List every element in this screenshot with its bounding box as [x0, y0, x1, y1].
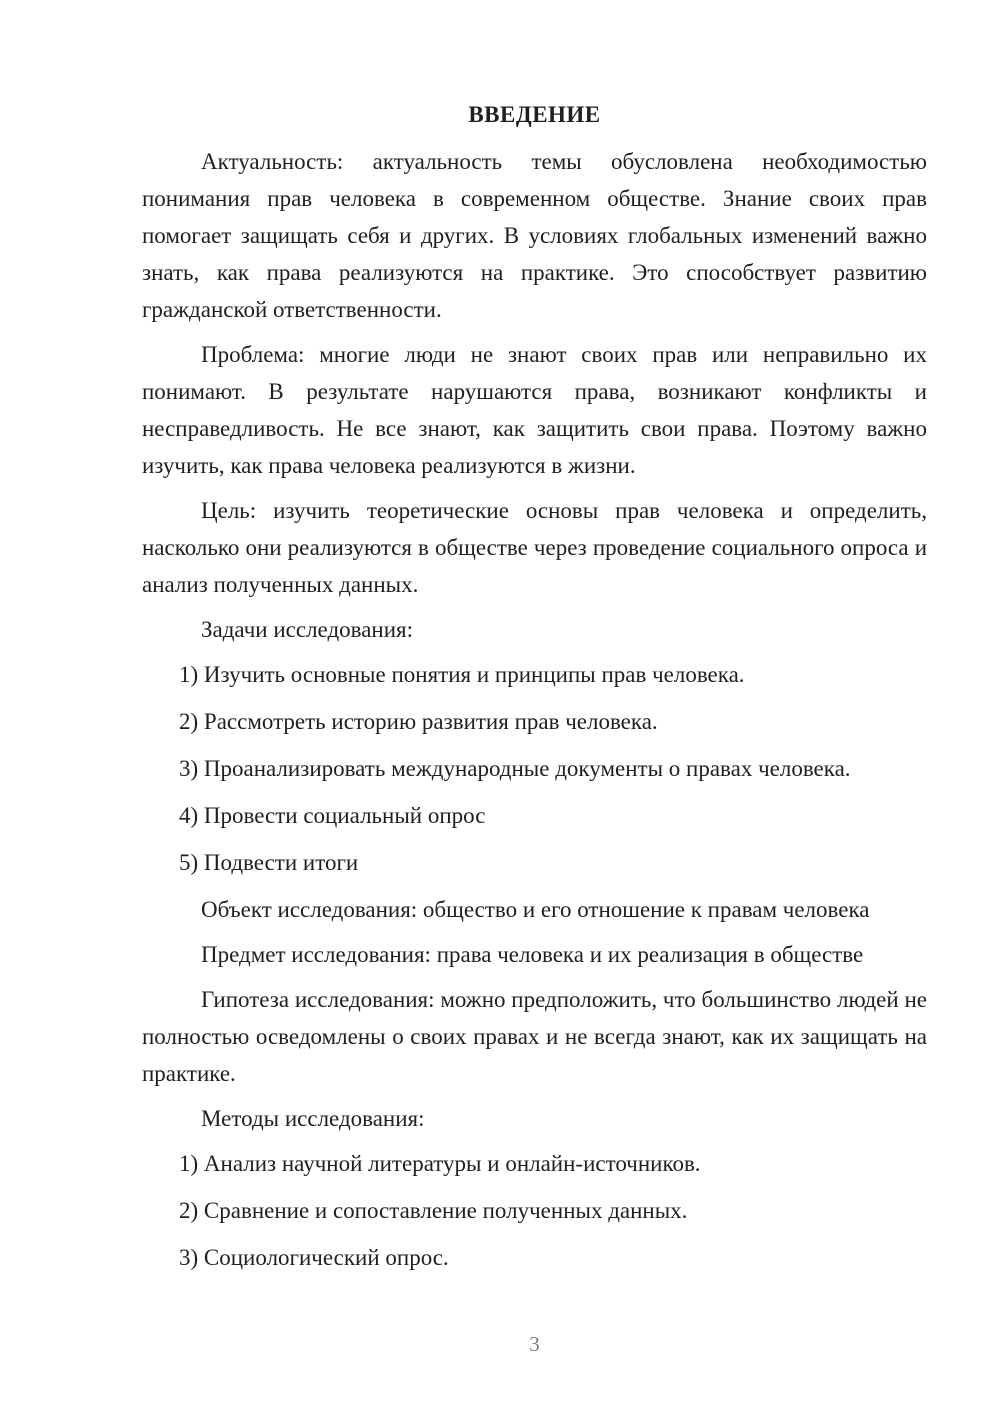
goal-paragraph: Цель: изучить теоретические основы прав …	[142, 492, 927, 603]
document-content: ВВЕДЕНИЕ Актуальность: актуальность темы…	[142, 96, 927, 1286]
method-item: 2) Сравнение и сопоставление полученных …	[142, 1192, 927, 1229]
page-title: ВВЕДЕНИЕ	[142, 96, 927, 133]
tasks-heading: Задачи исследования:	[142, 611, 927, 648]
task-item: 1) Изучить основные понятия и принципы п…	[142, 656, 927, 693]
task-item: 2) Рассмотреть историю развития прав чел…	[142, 703, 927, 740]
page-number: 3	[142, 1329, 927, 1359]
method-item: 1) Анализ научной литературы и онлайн-ис…	[142, 1145, 927, 1182]
object-paragraph: Объект исследования: общество и его отно…	[142, 891, 927, 928]
problem-paragraph: Проблема: многие люди не знают своих пра…	[142, 336, 927, 484]
relevance-paragraph: Актуальность: актуальность темы обусловл…	[142, 143, 927, 328]
methods-list: 1) Анализ научной литературы и онлайн-ис…	[142, 1145, 927, 1276]
task-item: 3) Проанализировать международные докуме…	[142, 750, 927, 787]
document-page: ВВЕДЕНИЕ Актуальность: актуальность темы…	[0, 0, 1000, 1414]
method-item: 3) Социологический опрос.	[142, 1239, 927, 1276]
task-item: 4) Провести социальный опрос	[142, 797, 927, 834]
task-item: 5) Подвести итоги	[142, 844, 927, 881]
hypothesis-paragraph: Гипотеза исследования: можно предположит…	[142, 981, 927, 1092]
subject-paragraph: Предмет исследования: права человека и и…	[142, 936, 927, 973]
methods-heading: Методы исследования:	[142, 1100, 927, 1137]
tasks-list: 1) Изучить основные понятия и принципы п…	[142, 656, 927, 881]
